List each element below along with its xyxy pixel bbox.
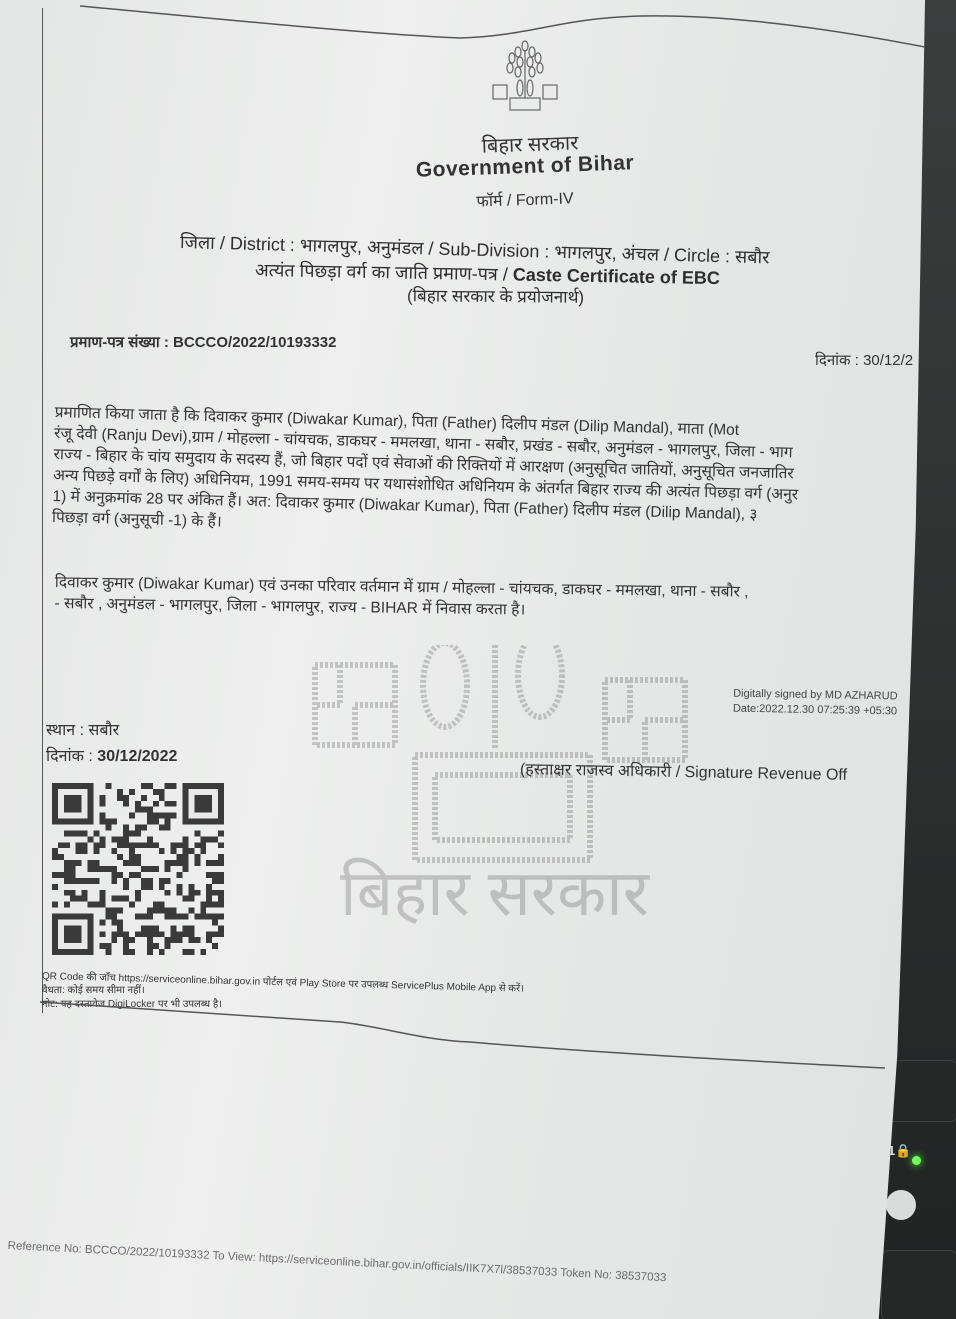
certificate-number: प्रमाण-पत्र संख्या : BCCCO/2022/10193332 bbox=[70, 332, 337, 352]
verification-qr-code[interactable] bbox=[52, 778, 224, 960]
certification-paragraph: प्रमाणित किया जाता है कि दिवाकर कुमार (D… bbox=[52, 402, 935, 551]
issue-date-top-value: 30/12/2 bbox=[863, 352, 913, 369]
issue-date-bottom: दिनांक : 30/12/2022 bbox=[46, 744, 177, 766]
digital-signature: Digitally signed by MD AZHARUD Date:2022… bbox=[733, 687, 898, 720]
issue-date-top-label: दिनांक : bbox=[815, 352, 859, 369]
certificate-purpose: (बिहार सरकार के प्रयोजनार्थ) bbox=[407, 283, 584, 308]
issue-date-bottom-value: 30/12/2022 bbox=[97, 748, 177, 765]
certificate-number-value: BCCCO/2022/10193332 bbox=[173, 334, 336, 351]
district-value: भागलपुर, bbox=[300, 235, 363, 257]
place: स्थान : सबौर bbox=[46, 718, 119, 740]
place-label: स्थान : bbox=[46, 722, 84, 739]
keyboard-key bbox=[886, 1060, 956, 1122]
validity-note: वैधता: कोई समय सीमा नहीं। bbox=[42, 982, 145, 996]
circle-label: अंचल / Circle : bbox=[621, 244, 730, 267]
num-lock-label: 1🔒 bbox=[888, 1143, 911, 1159]
keyboard-key bbox=[881, 1250, 956, 1319]
circle-value: सबौर bbox=[735, 247, 770, 268]
district-label: जिला / District : bbox=[180, 232, 295, 255]
certificate-page: बिहार सरकार Government of Bihar फॉर्म / … bbox=[0, 0, 925, 1319]
reference-line: Reference No: BCCCO/2022/10193332 To Vie… bbox=[7, 1240, 666, 1284]
num-lock-led-icon bbox=[912, 1156, 921, 1165]
certificate-type-hindi: अत्यंत पिछड़ा वर्ग का जाति प्रमाण-पत्र / bbox=[255, 260, 508, 284]
place-value: सबौर bbox=[89, 722, 120, 739]
certificate-number-label: प्रमाण-पत्र संख्या : bbox=[70, 334, 169, 351]
watermark-text: बिहार सरकार bbox=[340, 857, 651, 929]
bihar-emblem-icon bbox=[490, 40, 560, 112]
brand-logo-icon bbox=[886, 1190, 916, 1220]
page-bottom-border bbox=[40, 1000, 900, 1070]
subdivision-label: अनुमंडल / Sub-Division : bbox=[367, 237, 550, 262]
emblem-watermark-icon: बिहार सरकार bbox=[300, 645, 700, 935]
subdivision-value: भागलपुर, bbox=[554, 242, 617, 264]
issue-date-top: दिनांक : 30/12/2 bbox=[815, 350, 913, 370]
issue-date-bottom-label: दिनांक : bbox=[46, 748, 93, 765]
signature-date: Date:2022.12.30 07:25:39 +05:30 bbox=[733, 702, 898, 720]
